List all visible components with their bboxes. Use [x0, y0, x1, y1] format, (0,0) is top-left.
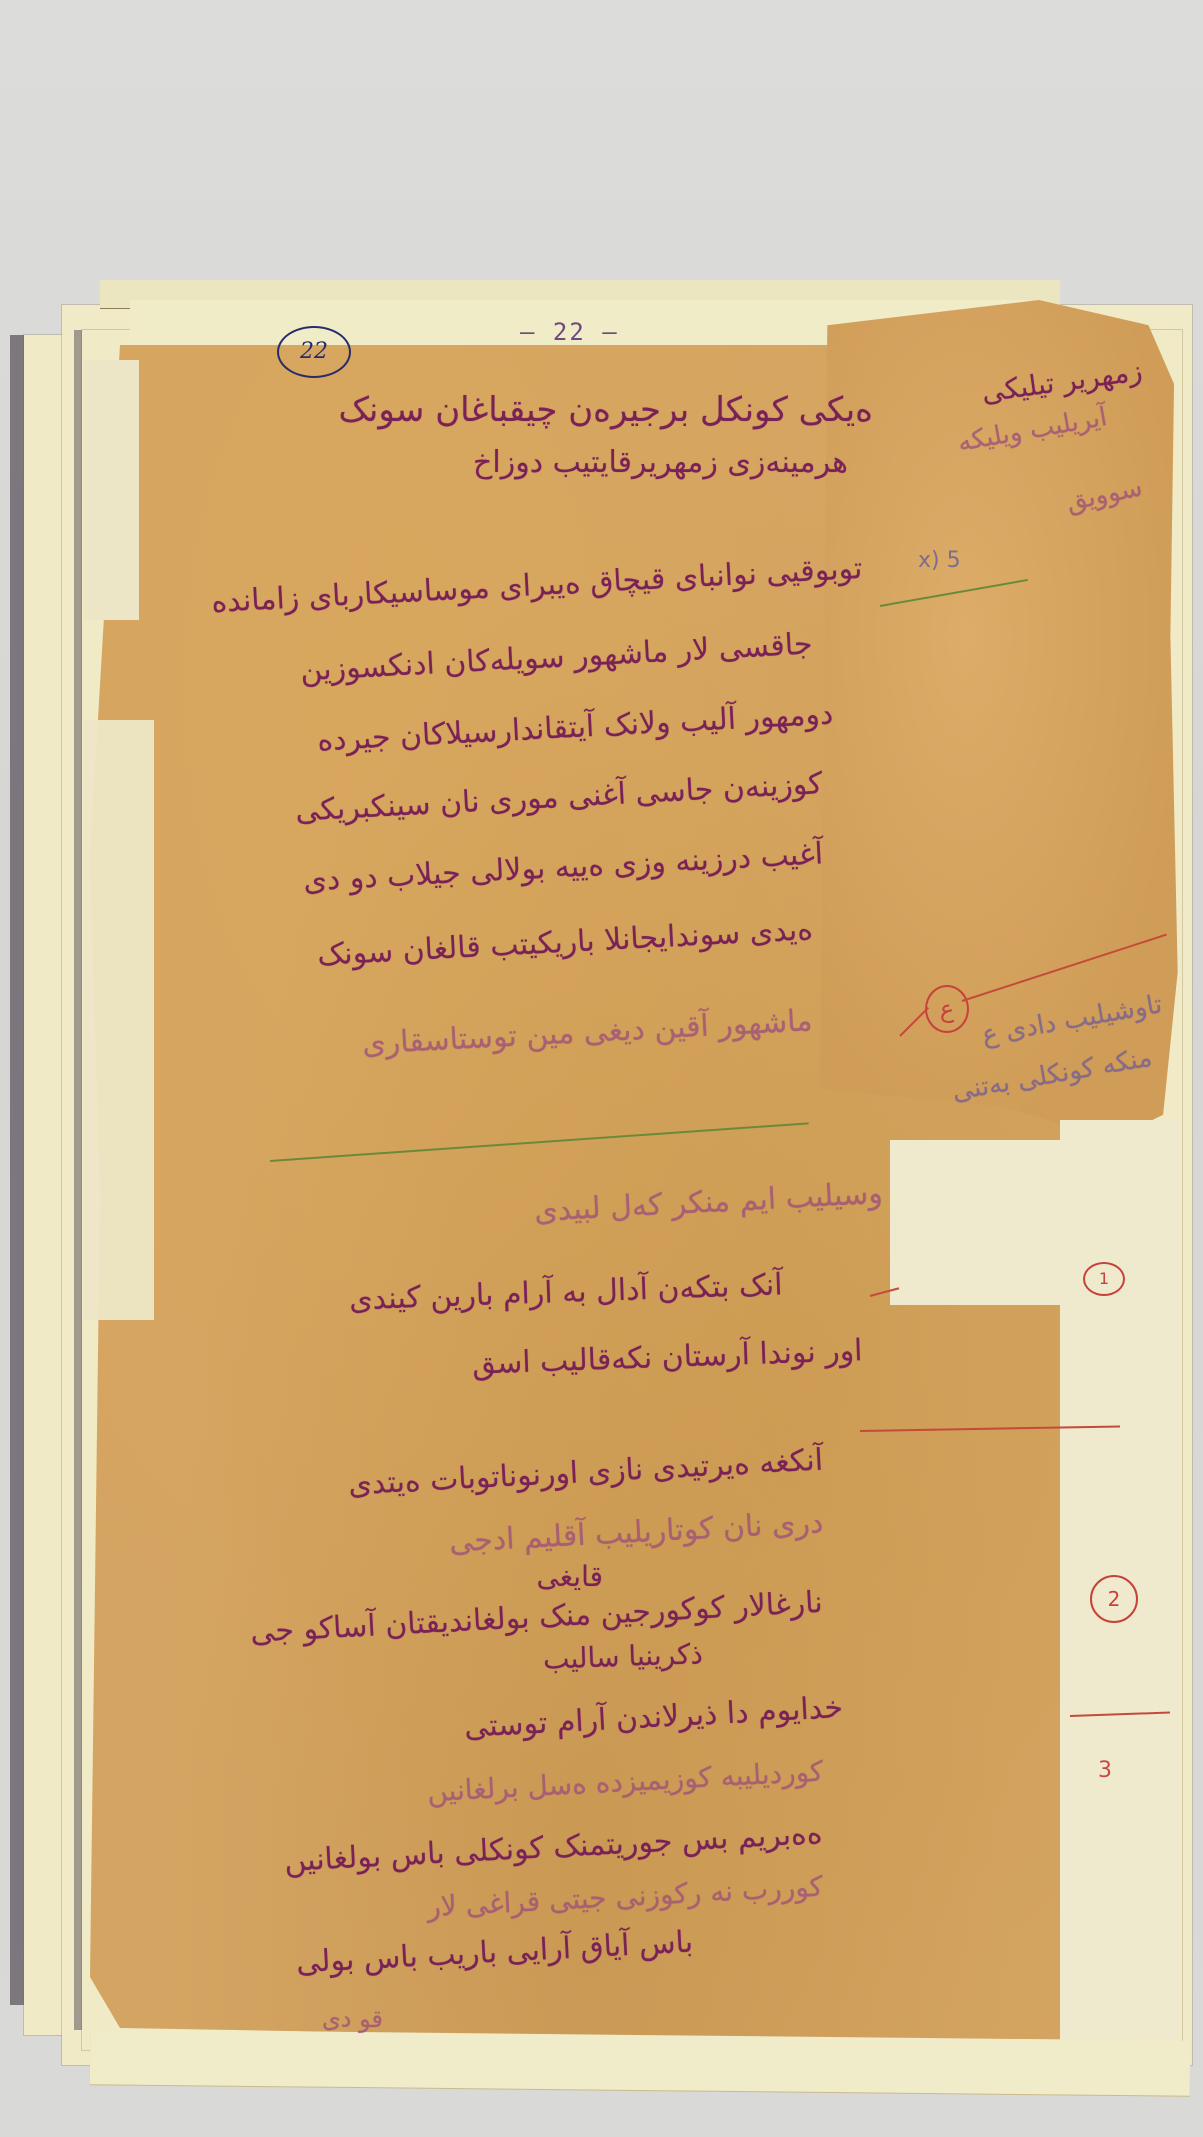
- archive-stamp: 22: [277, 326, 351, 378]
- section2-line-14: قو دی: [322, 2005, 383, 2033]
- backing-sheet-1: [24, 335, 64, 2035]
- margin-circled-number-2: 2: [1090, 1575, 1138, 1623]
- stack-shadow: [10, 335, 24, 2005]
- heading-line-2: هرمینەزی زمهریرقایتیب دوزاخ: [473, 445, 848, 480]
- page-number: — 22 —: [520, 318, 619, 346]
- left-repair-tape-2: [84, 720, 154, 1320]
- heading-line-1: ەیکی کونکل برجیرەن چیقباغان سونک: [338, 390, 873, 430]
- stack-shadow-2: [74, 330, 82, 2030]
- pencil-note-x5: x) 5: [918, 548, 961, 573]
- left-repair-tape: [84, 360, 139, 620]
- bottom-paper-strip: [90, 2029, 1191, 2096]
- circled-mark-ayn: ع: [925, 985, 969, 1033]
- section2-line-8: ذکرینیا سالیب: [543, 1637, 704, 1676]
- section2-line-6: قایغی: [536, 1560, 603, 1593]
- margin-circled-number-1: 1: [1083, 1262, 1125, 1296]
- margin-number-3: 3: [1098, 1758, 1112, 1783]
- right-repair-tape-upper: [890, 1140, 1060, 1305]
